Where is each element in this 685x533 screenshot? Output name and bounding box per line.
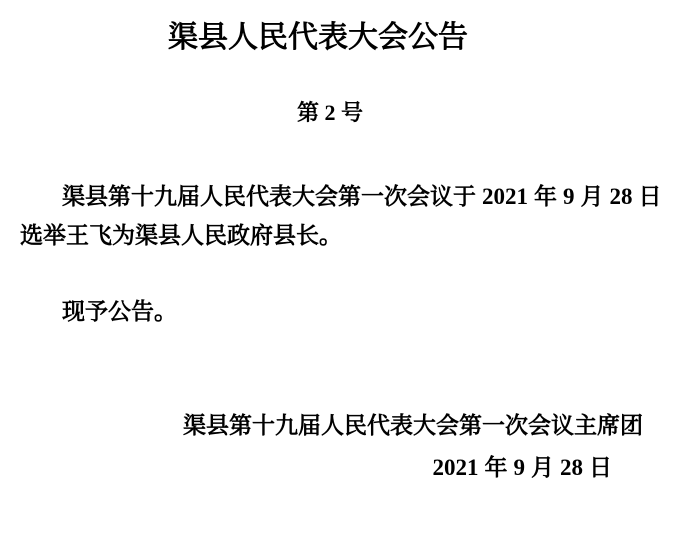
body-date-day: 28 xyxy=(610,184,633,209)
date-day-label: 日 xyxy=(589,454,612,480)
document-number: 第 2 号 xyxy=(0,99,660,127)
signature-presidium: 渠县第十九届人民代表大会第一次会议主席团 xyxy=(183,410,643,440)
date-year-label: 年 xyxy=(485,454,508,480)
body-date-year: 2021 xyxy=(482,184,528,209)
body-paragraph-line-1: 渠县第十九届人民代表大会第一次会议于2021年9月28日 xyxy=(62,181,662,212)
date-month-label: 月 xyxy=(531,454,554,480)
date-year: 2021 xyxy=(433,455,479,480)
date-day: 28 xyxy=(560,455,583,480)
date-month: 9 xyxy=(514,455,526,480)
body-text-before-date: 渠县第十九届人民代表大会第一次会议于 xyxy=(62,183,476,209)
document-title: 渠县人民代表大会公告 xyxy=(0,18,636,58)
closing-statement: 现予公告。 xyxy=(62,296,177,326)
body-paragraph-line-2: 选举王飞为渠县人民政府县长。 xyxy=(20,220,342,250)
announcement-document: 渠县人民代表大会公告 第 2 号 渠县第十九届人民代表大会第一次会议于2021年… xyxy=(0,0,685,533)
document-date: 2021年9月28日 xyxy=(427,452,613,483)
body-date-day-label: 日 xyxy=(639,183,662,209)
body-date-month-label: 月 xyxy=(581,183,604,209)
body-date-month: 9 xyxy=(563,184,575,209)
body-date-year-label: 年 xyxy=(534,183,557,209)
